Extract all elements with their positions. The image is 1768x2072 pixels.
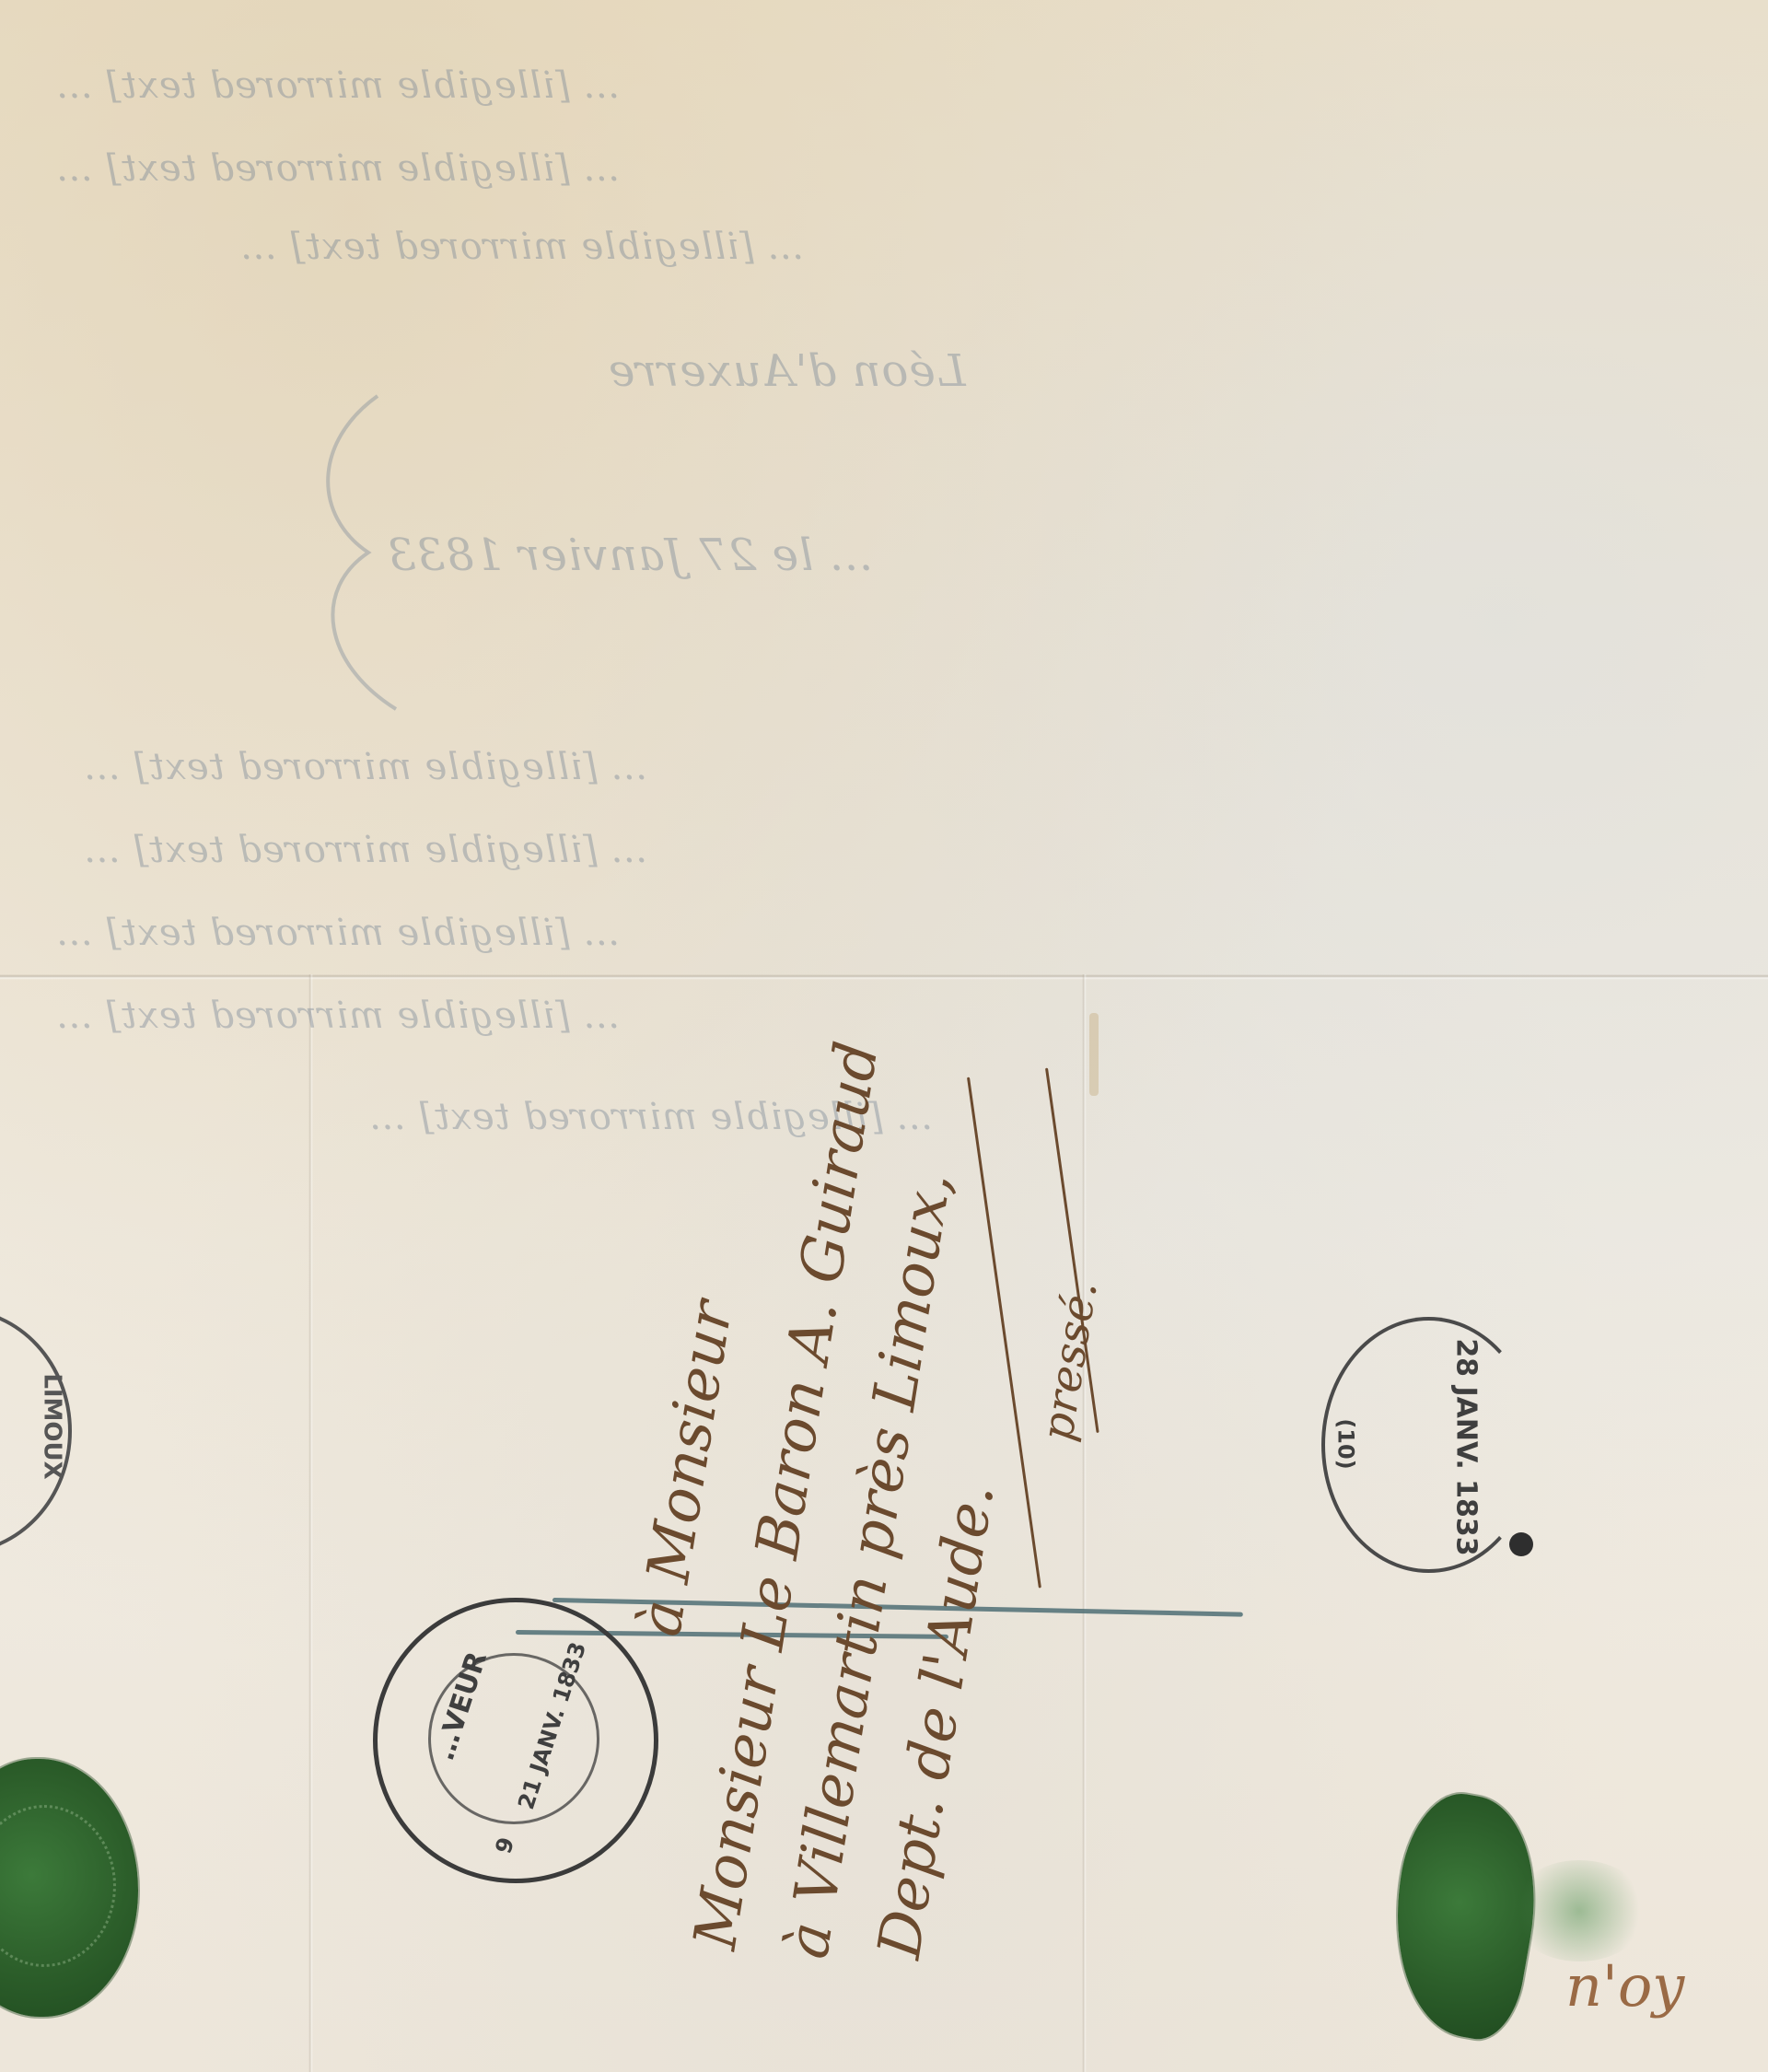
bleed-line: … [illegible mirrored text] … (83, 746, 647, 788)
bleed-line: … [illegible mirrored text] … (55, 64, 620, 107)
vertical-fold-line-left (308, 974, 313, 2072)
bleed-line: … [illegible mirrored text] … (55, 995, 620, 1037)
origin-postmark: …VEUR 21 JANV. 1833 9 (373, 1598, 658, 1883)
bleed-bracket-flourish (304, 387, 414, 718)
postmark-number: 9 (490, 1834, 519, 1857)
bleed-line: … [illegible mirrored text] … (239, 226, 804, 268)
bleed-line: … [illegible mirrored text] … (55, 147, 620, 190)
ink-blot (1509, 1532, 1533, 1556)
bleed-signature: Léon d'Auxerre (608, 345, 966, 397)
seal-residue (1510, 1860, 1648, 1961)
corner-note: n'oy (1565, 1952, 1684, 2020)
address-salutation: à Monsieur (626, 1297, 746, 1641)
address-block: à Monsieur Monsieur Le Baron A. Guiraud … (589, 1022, 1105, 2035)
seal-border (0, 1805, 116, 1967)
horizontal-fold-line (0, 974, 1768, 980)
postmark-date: 28 JANV. 1833 (1450, 1338, 1483, 1555)
arrival-postmark: 28 JANV. 1833 (10) (1321, 1317, 1536, 1573)
bleed-line: … [illegible mirrored text] … (55, 912, 620, 954)
postmark-number: (10) (1333, 1418, 1359, 1469)
bleed-date: … le 27 Janvier 1833 (387, 530, 874, 581)
postmark-town: LIMOUX (39, 1373, 66, 1479)
bleed-line: … [illegible mirrored text] … (83, 829, 647, 871)
